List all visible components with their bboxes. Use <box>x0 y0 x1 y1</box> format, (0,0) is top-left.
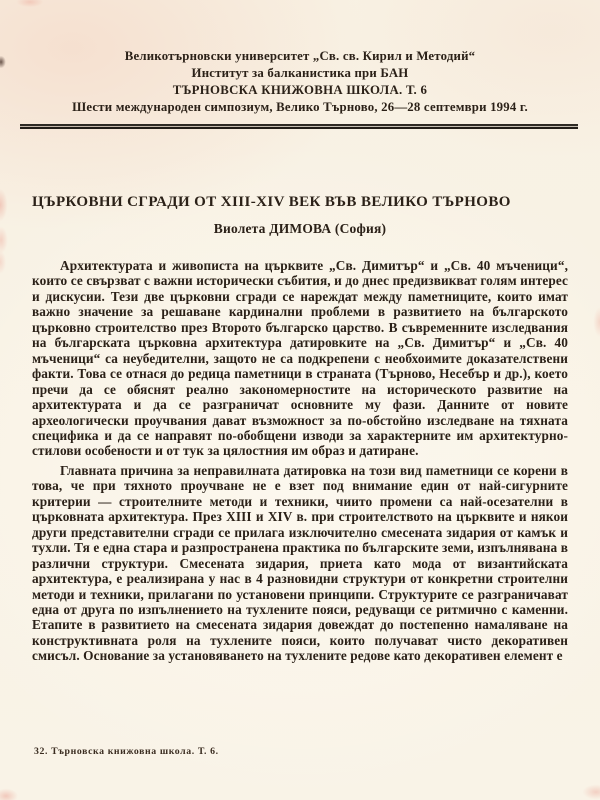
series-title-line: ТЪРНОВСКА КНИЖОВНА ШКОЛА. Т. 6 <box>32 82 568 99</box>
scanned-book-page: Великотърновски университет „Св. св. Кир… <box>0 0 600 800</box>
print-signature-footer: 32. Търновска книжовна школа. Т. 6. <box>34 746 219 757</box>
article-body: Архитектурата и живописта на църквите „С… <box>32 258 568 668</box>
header-divider-rule <box>20 124 578 129</box>
author-line: Виолета ДИМОВА (София) <box>32 221 568 237</box>
article-title: ЦЪРКОВНИ СГРАДИ ОТ XIII-XIV ВЕК ВЪВ ВЕЛИ… <box>32 194 568 211</box>
symposium-line: Шести международен симпозиум, Велико Тър… <box>32 99 568 116</box>
university-line: Великотърновски университет „Св. св. Кир… <box>32 48 568 65</box>
paragraph: Главната причина за неправилната датиров… <box>32 463 568 664</box>
paragraph: Архитектурата и живописта на църквите „С… <box>32 258 568 459</box>
publication-header: Великотърновски университет „Св. св. Кир… <box>32 48 568 116</box>
institute-line: Институт за балканистика при БАН <box>32 65 568 82</box>
